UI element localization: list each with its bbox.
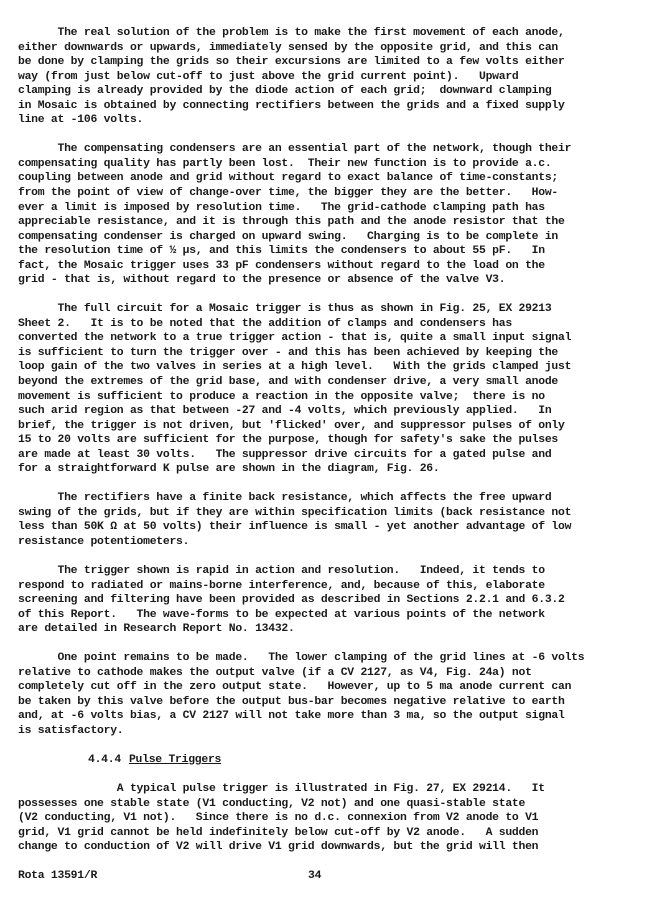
text-line: fact, the Mosaic trigger uses 33 pF cond… bbox=[18, 259, 638, 274]
paragraph: The rectifiers have a finite back resist… bbox=[18, 491, 638, 549]
body-text: The real solution of the problem is to m… bbox=[18, 26, 638, 739]
document-page: The real solution of the problem is to m… bbox=[18, 26, 638, 869]
text-line: movement is sufficient to produce a reac… bbox=[18, 390, 638, 405]
text-line: is satisfactory. bbox=[18, 724, 638, 739]
text-line: The trigger shown is rapid in action and… bbox=[18, 564, 638, 579]
paragraph: One point remains to be made. The lower … bbox=[18, 651, 638, 738]
text-line: respond to radiated or mains-borne inter… bbox=[18, 579, 638, 594]
text-line: from the point of view of change-over ti… bbox=[18, 186, 638, 201]
text-line: appreciable resistance, and it is throug… bbox=[18, 215, 638, 230]
text-line: converted the network to a true trigger … bbox=[18, 331, 638, 346]
paragraph: The trigger shown is rapid in action and… bbox=[18, 564, 638, 637]
section-heading: 4.4.4Pulse Triggers bbox=[88, 753, 638, 768]
text-line: relative to cathode makes the output val… bbox=[18, 666, 638, 681]
text-line: The rectifiers have a finite back resist… bbox=[18, 491, 638, 506]
text-line: grid, V1 grid cannot be held indefinitel… bbox=[18, 826, 638, 841]
text-line: be taken by this valve before the output… bbox=[18, 695, 638, 710]
text-line: less than 50K Ω at 50 volts) their influ… bbox=[18, 520, 638, 535]
text-line: possesses one stable state (V1 conductin… bbox=[18, 797, 638, 812]
text-line: change to conduction of V2 will drive V1… bbox=[18, 840, 638, 855]
section-paragraph: A typical pulse trigger is illustrated i… bbox=[18, 782, 638, 855]
text-line: brief, the trigger is not driven, but 'f… bbox=[18, 419, 638, 434]
text-line: (V2 conducting, V1 not). Since there is … bbox=[18, 811, 638, 826]
text-line: the resolution time of ½ µs, and this li… bbox=[18, 244, 638, 259]
text-line: beyond the extremes of the grid base, an… bbox=[18, 375, 638, 390]
text-line: grid - that is, without regard to the pr… bbox=[18, 273, 638, 288]
text-line: are made at least 30 volts. The suppress… bbox=[18, 448, 638, 463]
text-line: The real solution of the problem is to m… bbox=[18, 26, 638, 41]
text-line: and, at -6 volts bias, a CV 2127 will no… bbox=[18, 709, 638, 724]
text-line: swing of the grids, but if they are with… bbox=[18, 506, 638, 521]
text-line: for a straightforward K pulse are shown … bbox=[18, 462, 638, 477]
text-line: screening and filtering have been provid… bbox=[18, 593, 638, 608]
paragraph: The real solution of the problem is to m… bbox=[18, 26, 638, 128]
page-number: 34 bbox=[308, 870, 321, 882]
paragraph: The compensating condensers are an essen… bbox=[18, 142, 638, 287]
section-number: 4.4.4 bbox=[88, 754, 121, 766]
text-line: be done by clamping the grids so their e… bbox=[18, 55, 638, 70]
page-footer: Rota 13591/R 34 bbox=[18, 870, 638, 882]
text-line: coupling between anode and grid without … bbox=[18, 171, 638, 186]
text-line: in Mosaic is obtained by connecting rect… bbox=[18, 99, 638, 114]
paragraph: The full circuit for a Mosaic trigger is… bbox=[18, 302, 638, 477]
text-line: way (from just below cut-off to just abo… bbox=[18, 70, 638, 85]
document-reference: Rota 13591/R bbox=[18, 870, 97, 882]
text-line: compensating condenser is charged on upw… bbox=[18, 230, 638, 245]
text-line: resistance potentiometers. bbox=[18, 535, 638, 550]
text-line: completely cut off in the zero output st… bbox=[18, 680, 638, 695]
text-line: compensating quality has partly been los… bbox=[18, 157, 638, 172]
text-line: The compensating condensers are an essen… bbox=[18, 142, 638, 157]
text-line: One point remains to be made. The lower … bbox=[18, 651, 638, 666]
text-line: ever a limit is imposed by resolution ti… bbox=[18, 201, 638, 216]
text-line: either downwards or upwards, immediately… bbox=[18, 41, 638, 56]
text-line: Sheet 2. It is to be noted that the addi… bbox=[18, 317, 638, 332]
text-line: are detailed in Research Report No. 1343… bbox=[18, 622, 638, 637]
text-line: is sufficient to turn the trigger over -… bbox=[18, 346, 638, 361]
text-line: such arid region as that between -27 and… bbox=[18, 404, 638, 419]
text-line: of this Report. The wave-forms to be exp… bbox=[18, 608, 638, 623]
text-line: A typical pulse trigger is illustrated i… bbox=[18, 782, 638, 797]
text-line: loop gain of the two valves in series at… bbox=[18, 360, 638, 375]
text-line: line at -106 volts. bbox=[18, 113, 638, 128]
text-line: clamping is already provided by the diod… bbox=[18, 84, 638, 99]
text-line: 15 to 20 volts are sufficient for the pu… bbox=[18, 433, 638, 448]
section-title: Pulse Triggers bbox=[129, 754, 221, 766]
text-line: The full circuit for a Mosaic trigger is… bbox=[18, 302, 638, 317]
